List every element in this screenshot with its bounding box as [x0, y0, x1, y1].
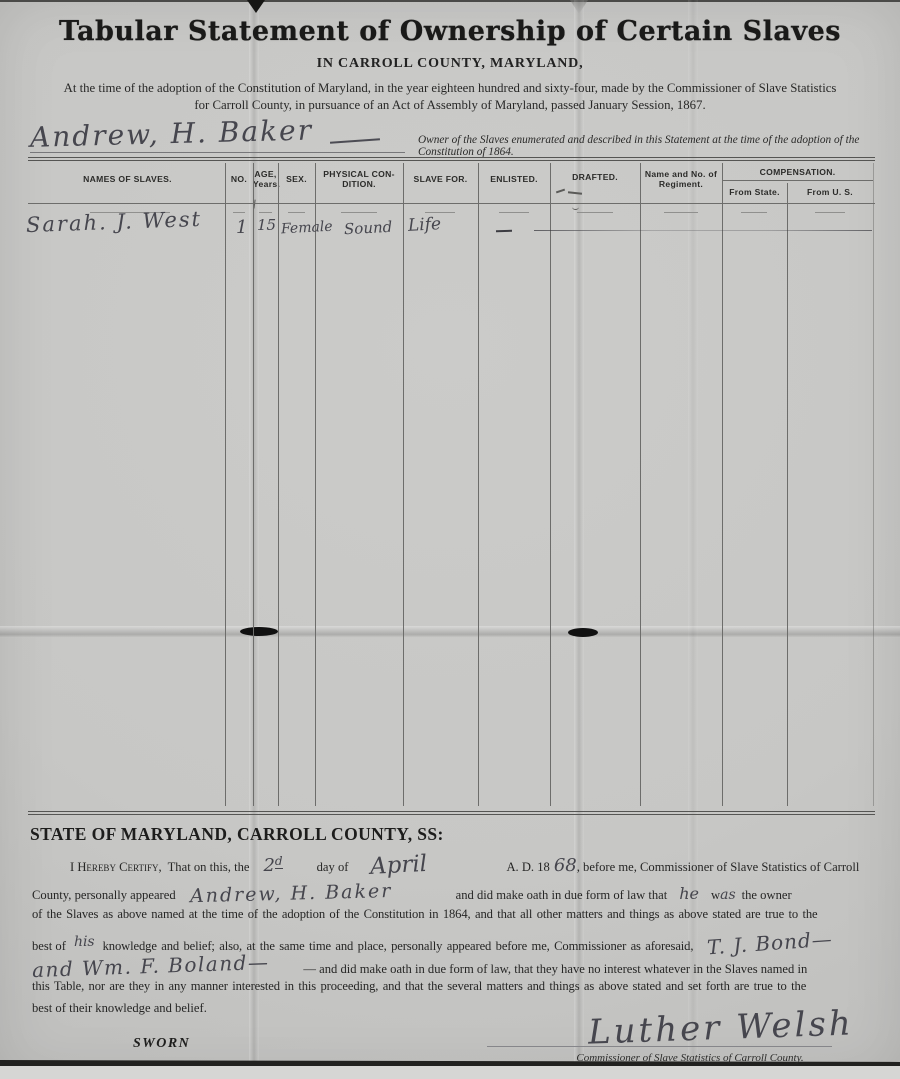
cert-l2c: w [711, 888, 720, 903]
owner-caption: Owner of the Slaves enumerated and descr… [418, 134, 878, 158]
table-header-no: NO. [225, 174, 253, 184]
handwritten-appeared-name: Andrew, H. Baker [189, 879, 439, 908]
row-age-entry: 15 [257, 216, 276, 234]
table-header-drafted: DRAFTED. [550, 172, 640, 182]
column-line-1 [225, 163, 226, 806]
cert-l1d: , before me, Commissioner of Slave Stati… [577, 860, 860, 875]
signature-caption: Commissioner of Slave Statistics of Carr… [540, 1052, 840, 1064]
column-line-6 [478, 163, 479, 806]
row-strike-through-line [534, 230, 872, 231]
scanner-background-strip [0, 1066, 900, 1079]
row-slave-for-entry: Life [407, 214, 441, 236]
pencil-mark-age-column [253, 200, 261, 210]
table-header-age-line1: AGE, [253, 169, 278, 179]
table-header-names: NAMES OF SLAVES. [30, 174, 225, 184]
row-name-entry: Sarah. J. West [26, 207, 203, 237]
column-line-7 [550, 163, 551, 806]
table-header-physical-line1: PHYSICAL CON- [315, 169, 403, 179]
table-header-sex: SEX. [278, 174, 315, 184]
sworn-label: SWORN [133, 1036, 190, 1052]
column-line-10 [787, 183, 788, 806]
document-subtitle: IN CARROLL COUNTY, MARYLAND, [0, 56, 900, 72]
row-condition-entry: Sound [344, 218, 393, 238]
table-header-from-us: From U. S. [787, 187, 873, 197]
cert-l1c: A. D. 18 [506, 860, 549, 875]
preamble-line-2: for Carroll County, in pursuance of an A… [30, 97, 870, 114]
table-header-from-state: From State. [722, 187, 787, 197]
cert-l6: this Table, nor are they in any manner i… [32, 979, 806, 994]
preamble-line-1: At the time of the adoption of the Const… [30, 80, 870, 97]
handwritten-month: April [370, 848, 479, 880]
certification-line-6: this Table, nor are they in any manner i… [32, 979, 874, 994]
ruled-dash-enlisted [499, 212, 529, 213]
handwritten-possessive: his [74, 934, 95, 950]
ruled-dash-from-state [741, 212, 767, 213]
cert-l1b: day of [317, 860, 349, 875]
owner-name-underline [30, 152, 405, 153]
cert-l7: best of their knowledge and belief. [32, 1001, 207, 1016]
row-sex-entry: Female [281, 219, 333, 238]
table-header-enlisted: ENLISTED. [478, 174, 550, 184]
horizontal-fold-crease [0, 626, 900, 638]
certification-line-3: of the Slaves as above named at the time… [32, 907, 874, 922]
certification-heading: STATE OF MARYLAND, CARROLL COUNTY, SS: [30, 824, 444, 845]
column-line-5 [403, 163, 404, 806]
column-line-right-edge [873, 163, 874, 806]
compensation-divider-rule [722, 180, 873, 181]
cert-l4a: best of [32, 939, 66, 954]
cert-l2d: the owner [742, 888, 792, 903]
paper-top-edge [0, 0, 900, 2]
table-header-bottom-rule [28, 203, 875, 204]
ruled-dash-physical [341, 212, 377, 213]
cert-l3: of the Slaves as above named at the time… [32, 907, 817, 922]
owner-name-signature: Andrew, H. Baker [30, 111, 401, 154]
row-enlisted-dash [496, 230, 512, 233]
handwritten-verb-end: as [720, 887, 736, 903]
ink-blot-left [240, 627, 278, 636]
column-line-9 [722, 163, 723, 806]
cert-l2a: County, personally appeared [32, 888, 176, 903]
document-preamble: At the time of the adoption of the Const… [30, 80, 870, 114]
column-line-3 [278, 163, 279, 806]
certification-line-4: best of his knowledge and belief; also, … [32, 931, 874, 955]
column-line-2 [253, 163, 254, 806]
ruled-dash-drafted [577, 212, 613, 213]
certify-phrase: I Hereby Certify, [70, 860, 162, 875]
row-no-entry: 1 [236, 217, 247, 238]
table-header-age-line2: Years. [253, 179, 278, 189]
certification-line-1: I Hereby Certify, That on this, the 2 d … [32, 851, 874, 877]
ruled-dash-regiment [664, 212, 698, 213]
fold-mark-triangle [247, 0, 265, 13]
column-line-4 [315, 163, 316, 806]
certification-line-5: and Wm. F. Boland— — and did make oath i… [32, 954, 874, 978]
handwritten-year: 68 [554, 855, 577, 876]
table-top-rule-1 [28, 157, 875, 158]
column-line-8 [640, 163, 641, 806]
table-header-slave-for: SLAVE FOR. [403, 174, 478, 184]
handwritten-day-suffix: d [275, 854, 283, 869]
scanned-document-page: Tabular Statement of Ownership of Certai… [0, 0, 900, 1079]
pencil-mark-drafted-3 [572, 204, 579, 210]
ruled-dash-no [233, 212, 245, 213]
ruled-dash-sex [288, 212, 305, 213]
ruled-dash-from-us [815, 212, 845, 213]
cert-l1a: That on this, the [168, 860, 250, 875]
cert-l2b: and did make oath in due form of law tha… [456, 888, 668, 903]
handwritten-pronoun: he [679, 884, 699, 903]
ruled-dash-slave-for [425, 212, 455, 213]
table-header-physical-line2: DITION. [315, 179, 403, 189]
table-top-rule-2 [28, 160, 875, 161]
pencil-mark-drafted-1 [556, 189, 565, 194]
cert-l5: — and did make oath in due form of law, … [303, 962, 807, 977]
table-header-regiment-line2: Regiment. [640, 179, 722, 189]
table-bottom-rule-2 [28, 814, 875, 815]
certification-line-2: County, personally appeared Andrew, H. B… [32, 882, 874, 904]
table-header-compensation: COMPENSATION. [722, 167, 873, 177]
table-bottom-rule-1 [28, 811, 875, 812]
handwritten-witness2: and Wm. F. Boland— [32, 950, 270, 982]
document-title: Tabular Statement of Ownership of Certai… [0, 16, 900, 47]
ink-blot-right [568, 628, 598, 637]
ruled-dash-age [259, 212, 272, 213]
handwritten-day: 2 [263, 855, 274, 876]
table-header-regiment-line1: Name and No. of [640, 169, 722, 179]
fold-mark-notch [570, 0, 588, 14]
